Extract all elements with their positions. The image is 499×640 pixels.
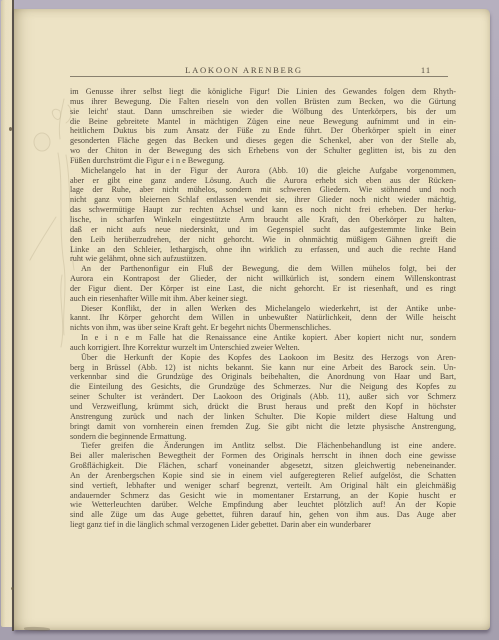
paragraph: Dieser Konflikt, der in allen Werken des… [70, 304, 456, 334]
paragraph: Tiefer greifen die Änderungen im Antlitz… [70, 441, 456, 530]
text-line: Tiefer greifen die Änderungen im Antlitz… [70, 441, 456, 451]
page-bottom-shadow [24, 627, 50, 632]
text-line: den Leib herüberzudrehen, der nicht geho… [70, 235, 456, 245]
text-line: sind vertieft, lebhafter und weniger sch… [70, 481, 456, 491]
text-line: lage der Ruhe, aber nicht mühelos, sonde… [70, 185, 456, 195]
paragraph: In e i n e m Falle hat die Renaissance e… [70, 333, 456, 353]
page-number: 11 [410, 65, 442, 75]
text-line: verkennbar sind die Grundzüge des Origin… [70, 372, 456, 382]
text-line: lische, in scharfen Winkeln eingestützte… [70, 215, 456, 225]
facing-page-edge [1, 0, 12, 627]
text-line: Aurora ein Kontrapost der Glieder, der n… [70, 274, 456, 284]
text-line: Über die Herkunft der Kopie des Kopfes d… [70, 353, 456, 363]
text-line: gesonderten Fläche gegen das Becken und … [70, 136, 456, 146]
text-line: heitlichem Duktus bis zum Ansatz der Füß… [70, 126, 456, 136]
paragraph: Michelangelo hat in der Figur der Aurora… [70, 166, 456, 264]
text-line: nicht ganz vom bleiernen Schlaf entlasse… [70, 195, 456, 205]
text-line: Füßen durchströmt die Figur e i n e Bewe… [70, 156, 456, 166]
text-line: nichts von ihm, was über seine Kraft geh… [70, 323, 456, 333]
ink-speck [11, 587, 14, 590]
text-line: der Figur dient. Der Körper ist eine Las… [70, 284, 456, 294]
text-line: An der Arenbergschen Kopie sind sie in e… [70, 471, 456, 481]
text-line: die Beine gebreitete Mantel in mächtigen… [70, 117, 456, 127]
text-line: daß er nicht aufs neue niedersinkt, und … [70, 225, 456, 235]
text-line: kannt. Ihr Körper gehorcht dem Willen in… [70, 313, 456, 323]
text-line: und Verzweiflung, krümmt sich, drückt di… [70, 402, 456, 412]
text-line: die Einteilung des Gesichts, die Grundzü… [70, 382, 456, 392]
text-line: das schwermütige Haupt zur rechten Achse… [70, 205, 456, 215]
text-line: berg in Brüssel (Abb. 12) ist nichts bek… [70, 363, 456, 373]
text-line: An der Parthenonfigur ein Fluß der Beweg… [70, 264, 456, 274]
text-line: bringt damit von vornherein einen fremde… [70, 422, 456, 432]
text-line: Michelangelo hat in der Figur der Aurora… [70, 166, 456, 176]
paragraph: im Genusse ihrer selbst liegt die königl… [70, 87, 456, 166]
text-line: Großflächigkeit. Die Flächen, scharf von… [70, 461, 456, 471]
text-block: im Genusse ihrer selbst liegt die königl… [70, 87, 456, 530]
text-line: andauernder Schmerz das Gesicht wie in m… [70, 491, 456, 501]
text-line: mus ihrer Bewegung. Die Falten rieseln v… [70, 97, 456, 107]
text-line: im Genusse ihrer selbst liegt die königl… [70, 87, 456, 97]
text-line: sondern die beginnende Ermattung. [70, 432, 456, 442]
text-line: Anstrengung zurück und nach der linken S… [70, 412, 456, 422]
text-line: liegt ganz tief in die länglich schmal v… [70, 520, 456, 530]
text-line: seiner Schulter ist verändert. Der Laoko… [70, 392, 456, 402]
text-line: wo der Chiton in der Bewegung des sich E… [70, 146, 456, 156]
header-rule [70, 76, 448, 77]
paragraph: An der Parthenonfigur ein Fluß der Beweg… [70, 264, 456, 303]
text-line: wie Wetterleuchten darüber. Welche Empfi… [70, 500, 456, 510]
text-line: ruht wie gelähmt, ohne sich aufzustützen… [70, 254, 456, 264]
paragraph: Über die Herkunft der Kopie des Kopfes d… [70, 353, 456, 442]
scanned-book-photo: LAOKOON ARENBERG 11 im Genusse ihrer sel… [0, 0, 499, 640]
text-line: auch ein riesenhafter Wille mit ihm. Abe… [70, 294, 456, 304]
text-line: Linke an den Schleier, lethargisch, ohne… [70, 245, 456, 255]
ink-speck [9, 127, 12, 131]
text-line: sie leicht' staut. Dann umschreiben sie … [70, 107, 456, 117]
text-line: sind alle Züge um das Auge gebettet, füh… [70, 510, 456, 520]
text-line: Dieser Konflikt, der in allen Werken des… [70, 304, 456, 314]
running-header-title: LAOKOON ARENBERG [134, 65, 354, 75]
text-line: Bei aller malerischen Bewegtheit der For… [70, 451, 456, 461]
book-page: LAOKOON ARENBERG 11 im Genusse ihrer sel… [14, 9, 490, 630]
text-line: In e i n e m Falle hat die Renaissance e… [70, 333, 456, 343]
text-line: aber er gibt eine ganz andere Lösung. Au… [70, 176, 456, 186]
text-line: auch korrigiert. Ihre Korrektur wurzelt … [70, 343, 456, 353]
